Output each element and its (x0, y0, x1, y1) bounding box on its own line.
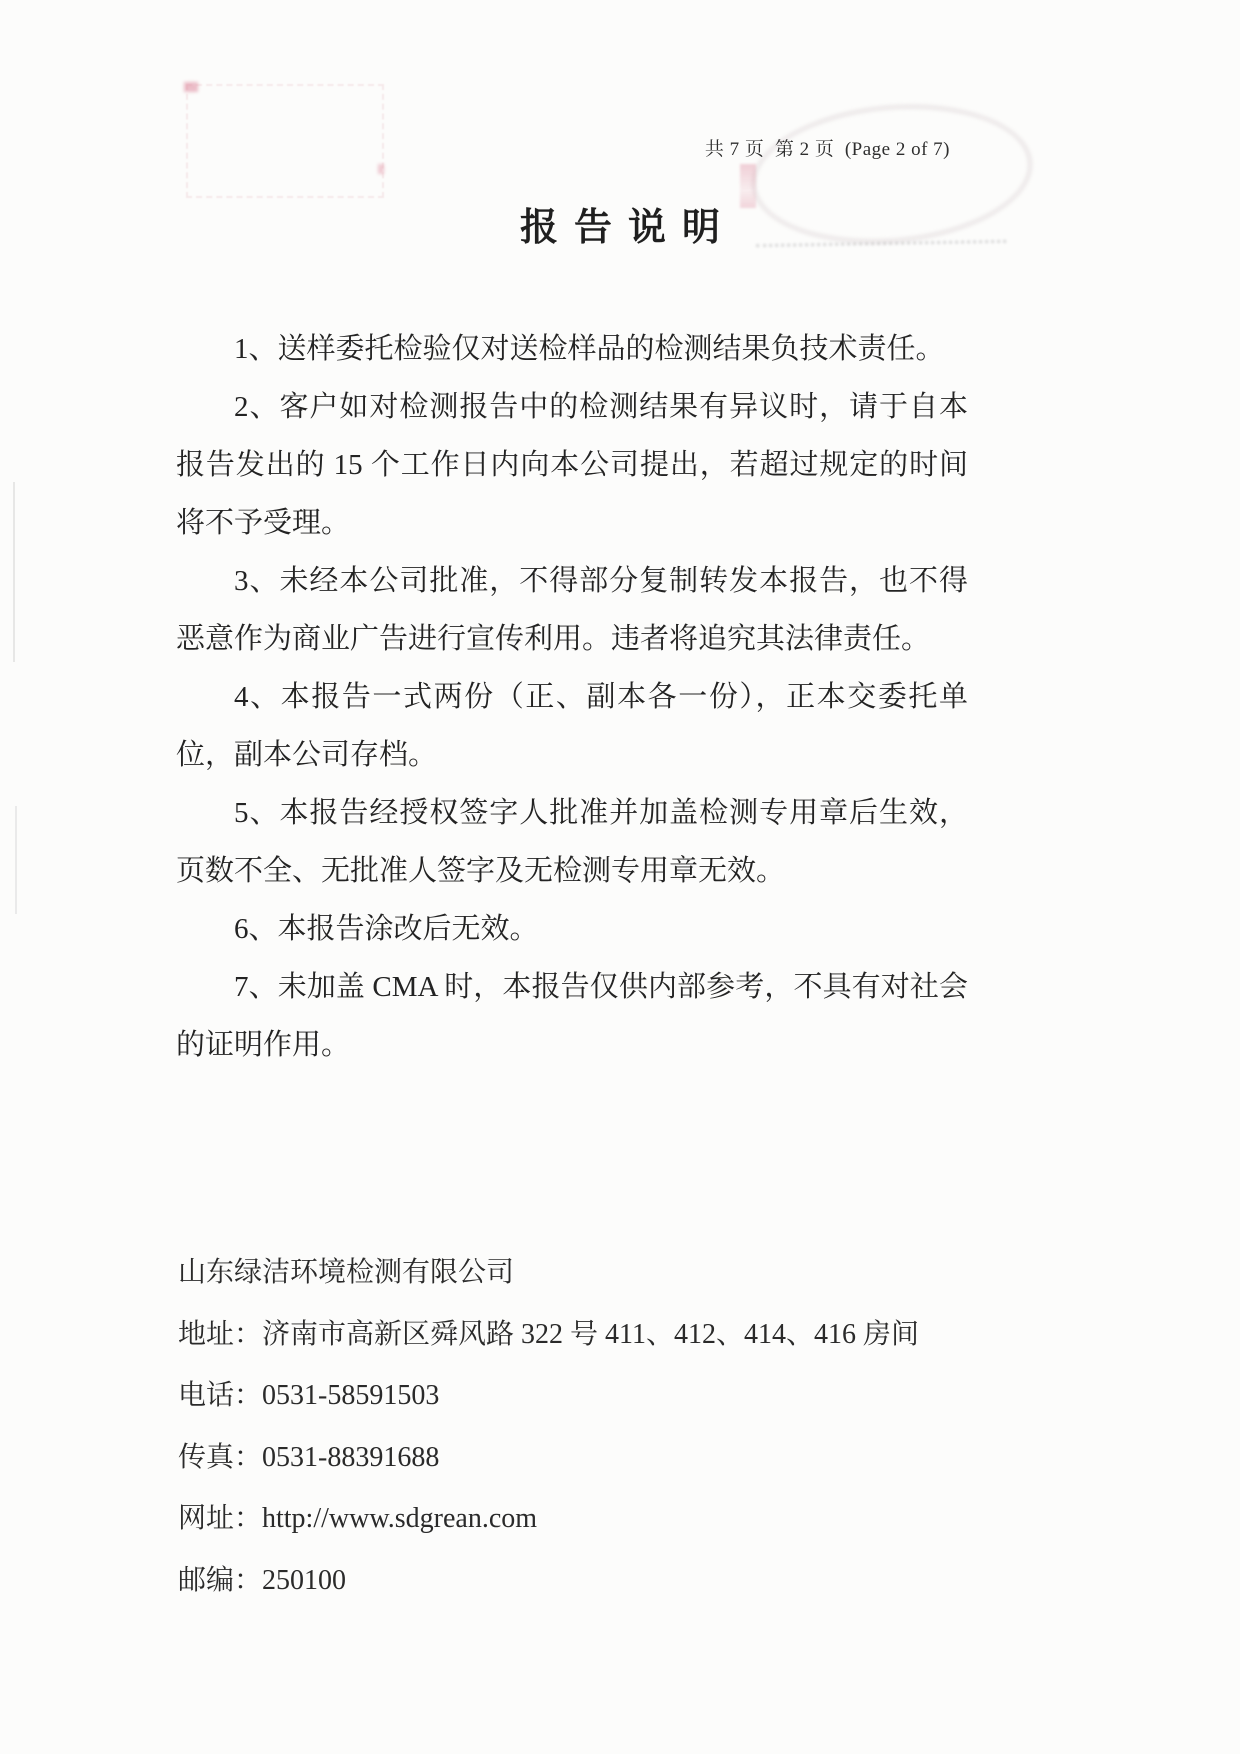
company-fax: 传真：0531-88391688 (178, 1427, 919, 1489)
page-number-indicator: 共 7 页 第 2 页 (Page 2 of 7) (0, 134, 950, 161)
stamp-ink-speck-icon (378, 164, 384, 174)
company-info-section: 山东绿洁环境检测有限公司 地址：济南市高新区舜风路 322 号 411、412、… (178, 1242, 919, 1611)
scan-artifact (13, 482, 15, 662)
company-phone: 电话：0531-58591503 (178, 1365, 919, 1427)
page-title: 报告说明 (0, 196, 1240, 251)
company-address: 地址：济南市高新区舜风路 322 号 411、412、414、416 房间 (178, 1304, 919, 1366)
company-name: 山东绿洁环境检测有限公司 (178, 1242, 919, 1304)
scanned-report-page: 共 7 页 第 2 页 (Page 2 of 7) 报告说明 1、送样委托检验仅… (0, 0, 1240, 1754)
note-item-6: 6、本报告涂改后无效。 (176, 900, 968, 958)
stamp-ink-speck-icon (184, 82, 198, 92)
note-item-5: 5、本报告经授权签字人批准并加盖检测专用章后生效，页数不全、无批准人签字及无检测… (176, 784, 968, 900)
note-item-3: 3、未经本公司批准，不得部分复制转发本报告，也不得恶意作为商业广告进行宣传利用。… (176, 552, 968, 668)
company-postal-code: 邮编：250100 (178, 1550, 919, 1612)
note-item-2: 2、客户如对检测报告中的检测结果有异议时，请于自本报告发出的 15 个工作日内向… (176, 378, 968, 552)
note-item-4: 4、本报告一式两份（正、副本各一份），正本交委托单位，副本公司存档。 (176, 668, 968, 784)
note-item-1: 1、送样委托检验仅对送检样品的检测结果负技术责任。 (176, 320, 968, 378)
company-website: 网址：http://www.sdgrean.com (178, 1488, 919, 1550)
scan-artifact (15, 806, 17, 914)
report-notes-section: 1、送样委托检验仅对送检样品的检测结果负技术责任。 2、客户如对检测报告中的检测… (176, 320, 968, 1074)
note-item-7: 7、未加盖 CMA 时，本报告仅供内部参考，不具有对社会的证明作用。 (176, 958, 968, 1074)
